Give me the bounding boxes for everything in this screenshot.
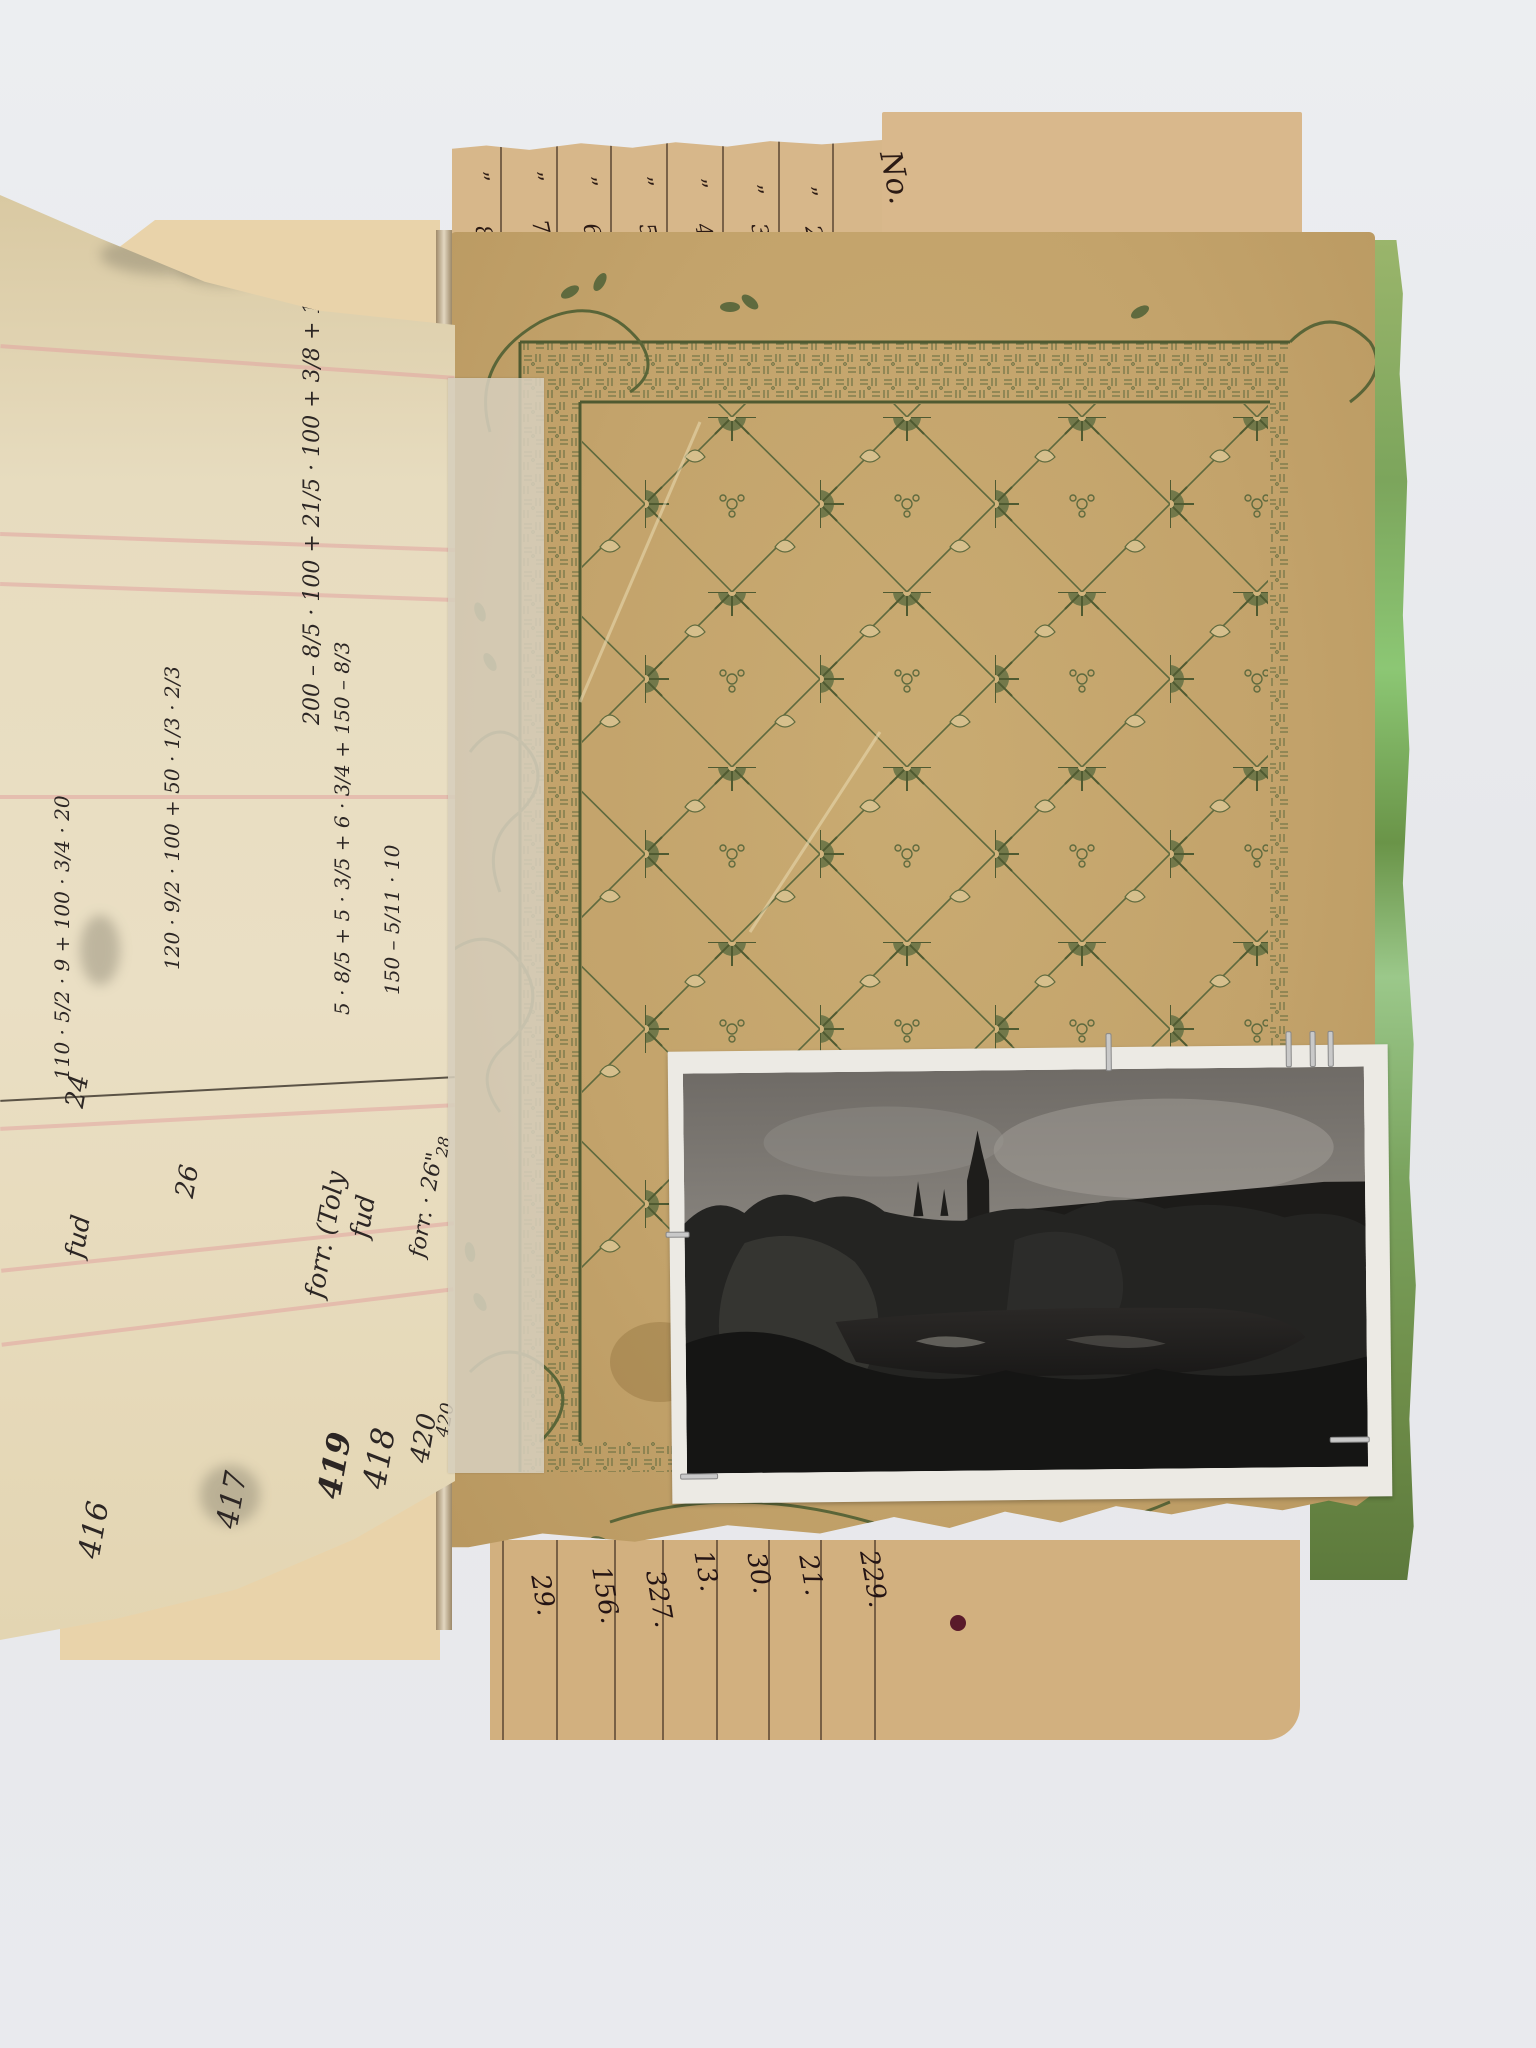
top-ledger-tab: No. — [882, 112, 1302, 252]
handwritten-formula: 110 · 5/2 · 9 + 100 · 3/4 · 20 — [50, 795, 74, 1080]
ledger-mark: 327. — [639, 1568, 679, 1630]
photo-image — [683, 1066, 1368, 1473]
handwritten-formula: 200 – 8/5 · 100 + 21/5 · 100 + 3/8 + 10/… — [300, 0, 325, 725]
ledger-mark: 13. — [687, 1548, 724, 1594]
ledger-mark: 30. — [740, 1550, 777, 1596]
ledger-mark: 156. — [585, 1564, 625, 1626]
ledger-mark: 21. — [792, 1552, 829, 1598]
staple — [680, 1473, 718, 1479]
ledger-mark: 229. — [853, 1548, 893, 1610]
handwritten-note: 26 — [170, 1162, 205, 1200]
page-number: 416 — [72, 1499, 116, 1561]
handwritten-formula: 150 – 5/11 · 10 — [380, 845, 404, 995]
staple — [666, 1232, 690, 1238]
page-number: 418 — [355, 1425, 403, 1492]
ditto-mark: ” — [630, 174, 657, 190]
ditto-mark: ” — [574, 174, 601, 190]
handwritten-note: 24 — [60, 1072, 95, 1110]
handwritten-note: fud — [60, 1213, 97, 1261]
staple — [1285, 1031, 1291, 1067]
left-ledger-page: 200 – 8/5 · 100 + 21/5 · 100 + 3/8 + 10/… — [0, 195, 455, 1640]
staple — [1105, 1033, 1111, 1071]
ink-stamp-dot — [950, 1615, 966, 1631]
ditto-mark: ” — [520, 169, 547, 185]
ditto-mark: ” — [684, 176, 711, 192]
vellum-tape-strip — [448, 378, 544, 1473]
bottom-ledger-sheet: 29. 156. 327. 13. 30. 21. 229. — [490, 1540, 1300, 1740]
ditto-mark: ” — [466, 169, 493, 185]
staple — [1330, 1436, 1370, 1442]
landscape-photograph — [668, 1044, 1393, 1504]
page-number: 419 — [310, 1429, 359, 1501]
handwritten-formula: 5 · 8/5 + 5 · 3/5 + 6 · 3/4 + 150 – 8/3 — [330, 642, 354, 1015]
handwritten-note: forr. · 26" — [405, 1151, 448, 1260]
ditto-mark: ” — [740, 182, 767, 198]
handwritten-formula: 120 · 9/2 · 100 + 50 · 1/3 · 2/3 — [160, 666, 184, 970]
ditto-mark: ” — [794, 184, 821, 200]
staple — [1327, 1031, 1333, 1067]
staple — [1309, 1031, 1315, 1067]
